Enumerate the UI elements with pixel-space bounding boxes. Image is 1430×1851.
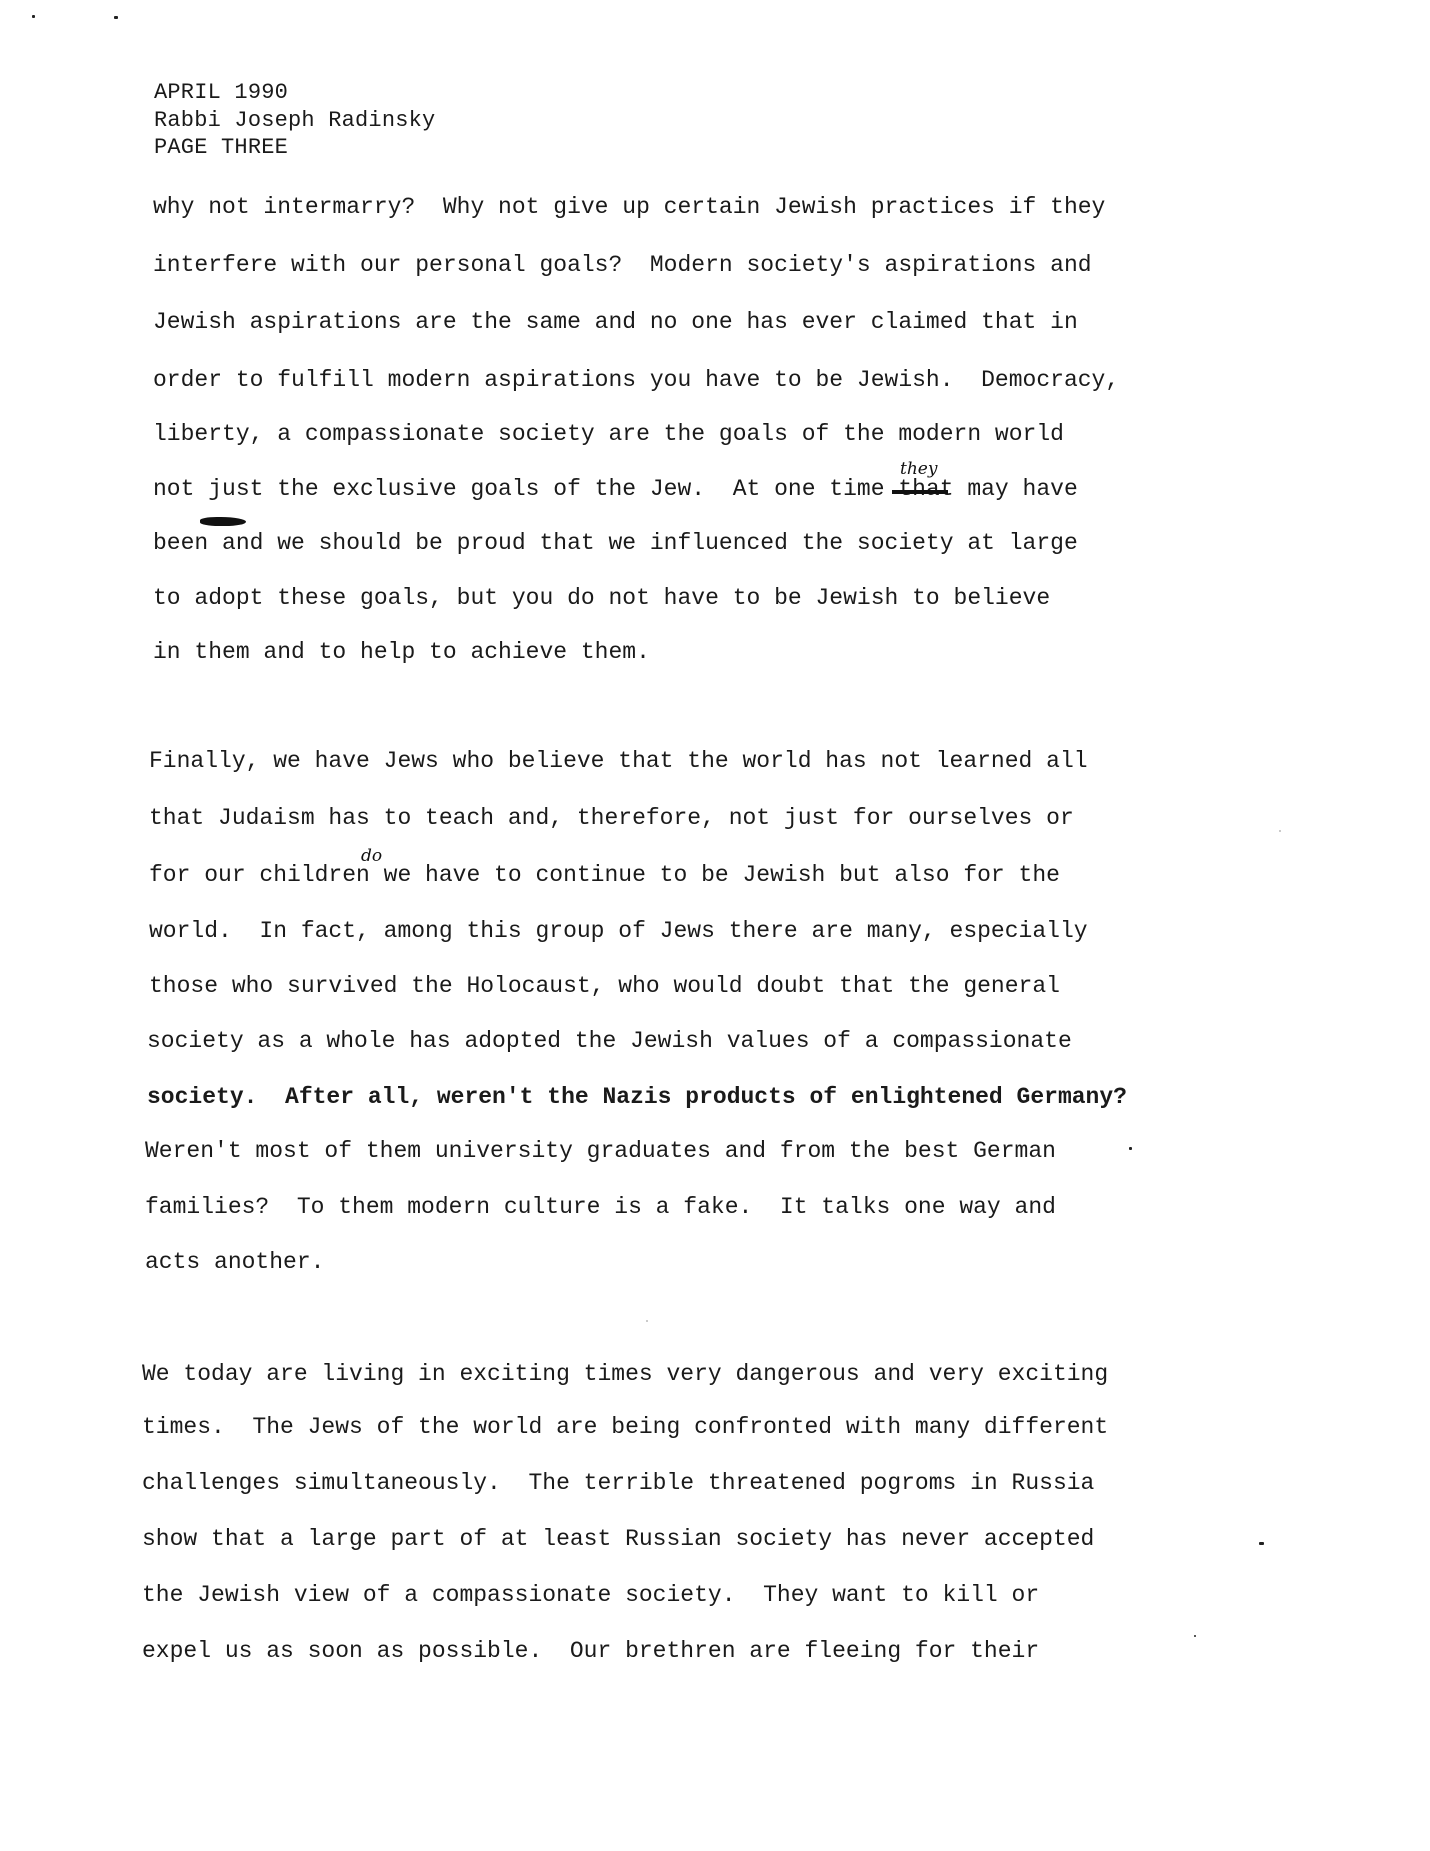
document-page: APRIL 1990 Rabbi Joseph Radinsky PAGE TH…: [0, 0, 1430, 1851]
text-line: the Jewish view of a compassionate socie…: [142, 1581, 1039, 1609]
ink-scribble: [200, 517, 246, 526]
scan-speck: [32, 15, 35, 18]
text-line: for our children we have to continue to …: [149, 861, 1060, 889]
text-line: in them and to help to achieve them.: [153, 638, 650, 666]
scan-speck: [114, 16, 118, 19]
text-line: order to fulfill modern aspirations you …: [153, 366, 1119, 394]
text-line: challenges simultaneously. The terrible …: [142, 1469, 1094, 1497]
text-line: liberty, a compassionate society are the…: [153, 420, 1064, 448]
text-line: We today are living in exciting times ve…: [142, 1360, 1108, 1388]
text-line: times. The Jews of the world are being c…: [142, 1413, 1108, 1441]
text-line: acts another.: [145, 1248, 324, 1276]
scan-speck: [1129, 1147, 1132, 1150]
header-page-number: PAGE THREE: [154, 134, 288, 162]
scan-speck: [646, 1320, 648, 1322]
text-line: those who survived the Holocaust, who wo…: [149, 972, 1060, 1000]
text-line: Jewish aspirations are the same and no o…: [153, 308, 1078, 336]
text-line: why not intermarry? Why not give up cert…: [153, 193, 1105, 221]
text-line: Finally, we have Jews who believe that t…: [149, 747, 1088, 775]
text-line: families? To them modern culture is a fa…: [145, 1193, 1056, 1221]
text-line: to adopt these goals, but you do not hav…: [153, 584, 1050, 612]
text-line: been and we should be proud that we infl…: [153, 529, 1078, 557]
text-line: show that a large part of at least Russi…: [142, 1525, 1094, 1553]
scan-speck: [1259, 1542, 1264, 1545]
text-line: world. In fact, among this group of Jews…: [149, 917, 1088, 945]
header-author: Rabbi Joseph Radinsky: [154, 107, 435, 135]
strikethrough-mark: [892, 490, 948, 494]
text-line: society as a whole has adopted the Jewis…: [147, 1027, 1072, 1055]
text-line: that Judaism has to teach and, therefore…: [149, 804, 1074, 832]
text-line: interfere with our personal goals? Moder…: [153, 251, 1092, 279]
text-line: not just the exclusive goals of the Jew.…: [153, 475, 1078, 503]
text-line: expel us as soon as possible. Our brethr…: [142, 1637, 1039, 1665]
handwritten-insert-they: they: [900, 460, 937, 478]
header-date: APRIL 1990: [154, 79, 288, 107]
text-line: society. After all, weren't the Nazis pr…: [147, 1083, 1127, 1111]
handwritten-insert-do: do: [361, 847, 382, 865]
text-line: Weren't most of them university graduate…: [145, 1137, 1056, 1165]
scan-speck: [1194, 1635, 1196, 1637]
scan-speck: [1279, 830, 1281, 832]
